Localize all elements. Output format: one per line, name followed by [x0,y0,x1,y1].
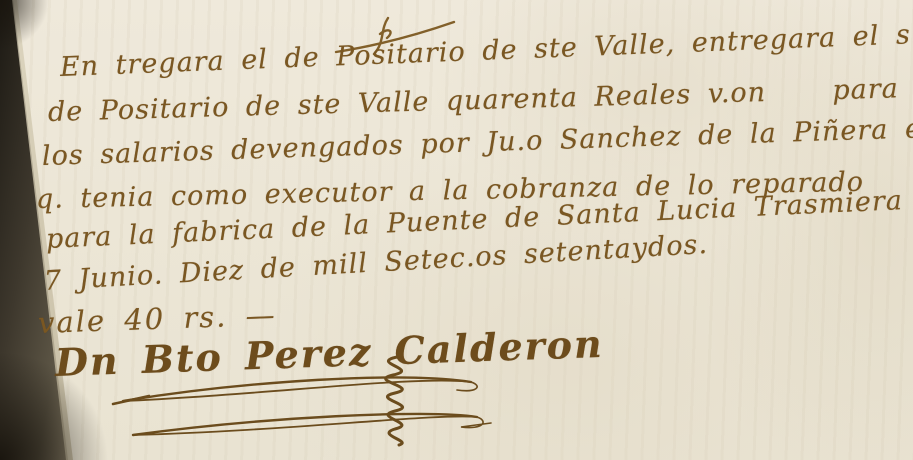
manuscript-page: En tregara el de Positario de ste Valle,… [0,0,913,460]
manuscript-line-1: En tregara el de Positario de ste Valle,… [59,19,913,83]
signature-rubric-icon [105,355,500,455]
